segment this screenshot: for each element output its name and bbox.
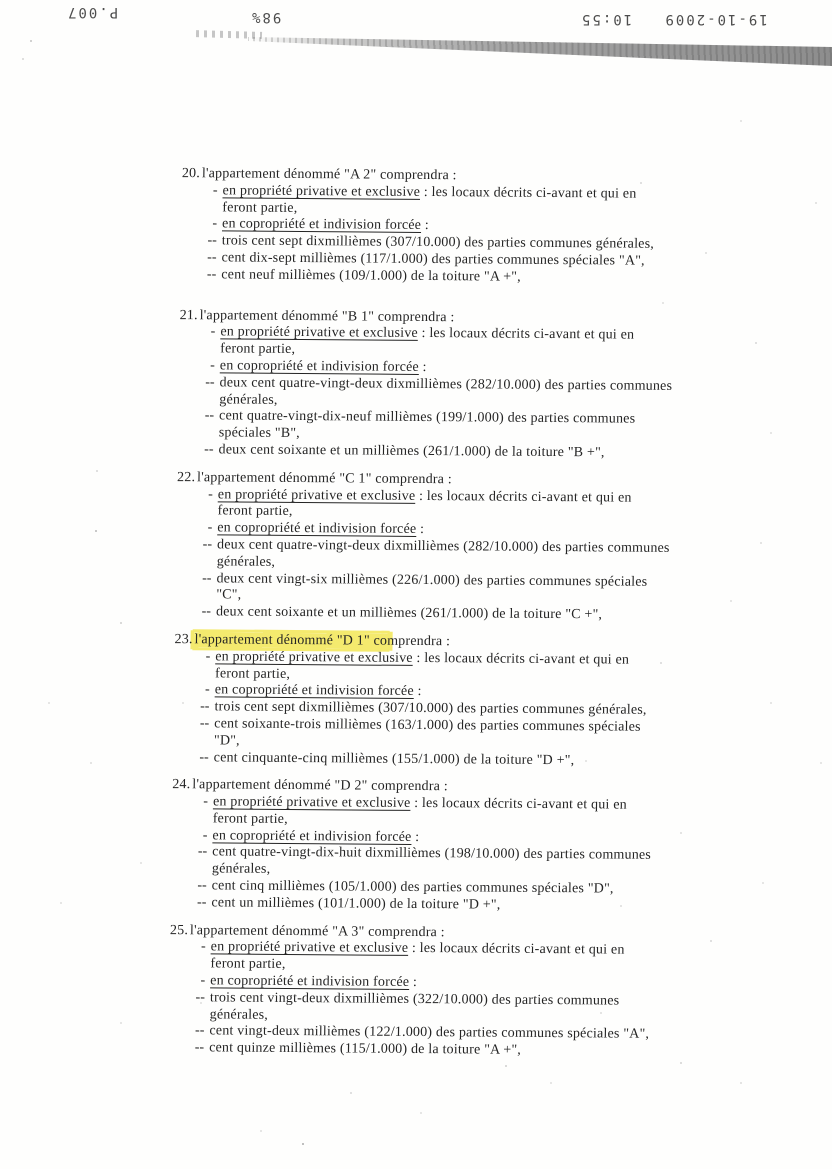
text-segment: feront partie,: [220, 342, 295, 358]
bullet-dash: -: [190, 649, 210, 666]
item-number: 23.: [174, 632, 192, 649]
text-segment: : les locaux décrits ci-avant et qui en: [415, 488, 632, 505]
line-text: cent cinquante-cinq millièmes (155/1.000…: [214, 750, 575, 770]
bullet-dash: --: [196, 267, 216, 284]
bullet-dash: -: [195, 325, 215, 342]
text-segment: trois cent sept dixmillièmes (307/10.000…: [214, 699, 646, 717]
bullet-dash: --: [187, 845, 207, 862]
text-segment: deux cent quatre-vingt-deux dixmillièmes…: [219, 375, 672, 394]
text-segment: spéciales "B",: [219, 426, 300, 442]
item-number: 21.: [180, 308, 198, 325]
list-item: 24.l'appartement dénommé "D 2" comprendr…: [162, 777, 812, 916]
text-segment: l'appartement dénommé "A 2" comprendra :: [202, 166, 457, 183]
line-text: feront partie,: [215, 666, 290, 683]
text-segment: l'appartement dénommé "B 1" comprendra :: [200, 308, 455, 325]
scan-smudge-band: [248, 28, 832, 70]
text-segment: générales,: [210, 1007, 269, 1022]
item-number: 24.: [172, 777, 190, 794]
line-text: en copropriété et indivision forcée :: [217, 521, 424, 539]
bullet-dash: -: [197, 183, 217, 200]
text-segment: en propriété privative et exclusive: [220, 325, 418, 342]
text-segment: : les locaux décrits ci-avant et qui en: [418, 326, 635, 343]
text-segment: en copropriété et indivision forcée: [220, 358, 419, 375]
bullet-dash: --: [196, 250, 216, 267]
bullet-dash: --: [186, 895, 206, 912]
text-segment: générales,: [212, 862, 271, 877]
text-segment: feront partie,: [217, 504, 292, 520]
item-number: 20.: [182, 166, 200, 183]
bullet-dash: --: [193, 442, 213, 459]
bullet-dash: -: [193, 487, 213, 504]
bullet-dash: -: [186, 940, 206, 957]
line-text: cent neuf millièmes (109/1.000) de la to…: [221, 267, 521, 286]
fax-scale-indicator: 98%: [250, 9, 281, 25]
text-segment: cent vingt-deux millièmes (122/1.000) de…: [209, 1024, 649, 1042]
text-segment: feront partie,: [215, 666, 290, 682]
line-text: "D",: [214, 733, 240, 750]
item-title-text: l'appartement dénommé "A 2" comprendra :: [202, 166, 457, 185]
line-text: générales,: [212, 862, 271, 879]
text-segment: : les locaux décrits ci-avant et qui en: [420, 185, 637, 202]
text-segment: en copropriété et indivision forcée: [217, 521, 416, 538]
text-segment: en copropriété et indivision forcée: [222, 217, 421, 234]
line-text: "C",: [216, 588, 241, 605]
item-title-text: l'appartement dénommé "D 1" comprendra :: [194, 632, 450, 651]
text-segment: cent cinq millièmes (105/1.000) des part…: [212, 878, 614, 896]
text-segment: : les locaux décrits ci-avant et qui en: [413, 651, 630, 668]
text-segment: trois cent sept dixmillièmes (307/10.000…: [222, 234, 654, 252]
fax-page-number: P.007: [66, 4, 118, 20]
bullet-dash: --: [191, 571, 211, 588]
item-title-text: l'appartement dénommé "C 1" comprendra :: [197, 470, 452, 489]
text-segment: en propriété privative et exclusive: [211, 940, 409, 957]
item-title-text: l'appartement dénommé "B 1" comprendra :: [200, 308, 455, 327]
bullet-dash: --: [191, 604, 211, 621]
item-number: 25.: [170, 923, 188, 940]
text-segment: en copropriété et indivision forcée: [215, 683, 414, 700]
bullet-dash: --: [189, 699, 209, 716]
bullet-dash: -: [185, 973, 205, 990]
text-segment: :: [419, 360, 427, 375]
text-segment: :: [421, 218, 429, 233]
text-segment: mprendra :: [387, 634, 450, 649]
text-segment: : les locaux décrits ci-avant et qui en: [410, 796, 627, 813]
text-segment: en propriété privative et exclusive: [218, 487, 416, 504]
line-text: feront partie,: [222, 200, 297, 217]
text-segment: cent quinze millièmes (115/1.000) de la …: [209, 1041, 521, 1058]
bullet-dash: --: [189, 716, 209, 733]
bullet-dash: -: [190, 683, 210, 700]
highlighted-text: l'appartement dénommé "D 1" co: [194, 632, 387, 649]
text-segment: cent soixante-trois millièmes (163/1.000…: [214, 716, 641, 734]
line-text: générales,: [210, 1007, 269, 1024]
document-items: 20.l'appartement dénommé "A 2" comprendr…: [160, 166, 822, 1073]
line-text: cent un millièmes (101/1.000) de la toit…: [211, 895, 500, 914]
text-segment: :: [414, 684, 422, 699]
line-text: feront partie,: [217, 504, 292, 521]
text-segment: :: [409, 975, 417, 990]
text-segment: l'appartement dénommé "C 1" comprendra :: [197, 470, 452, 487]
line-text: en copropriété et indivision forcée :: [220, 358, 427, 376]
bullet-dash: -: [195, 358, 215, 375]
line-text: feront partie,: [213, 811, 288, 828]
line-text: en copropriété et indivision forcée :: [210, 973, 417, 991]
item-title-text: l'appartement dénommé "A 3" comprendra :: [190, 923, 445, 942]
text-segment: en copropriété et indivision forcée: [212, 828, 411, 845]
bullet-dash: -: [187, 828, 207, 845]
item-title-text: l'appartement dénommé "D 2" comprendra :: [192, 778, 448, 797]
bullet-dash: -: [192, 520, 212, 537]
text-segment: l'appartement dénommé "D 2" comprendra :: [192, 778, 448, 795]
text-segment: cent quatre-vingt-dix-huit dixmillièmes …: [212, 845, 651, 863]
text-segment: en propriété privative et exclusive: [223, 183, 421, 200]
text-segment: trois cent vingt-deux dixmillièmes (322/…: [210, 990, 620, 1008]
text-segment: :: [411, 830, 419, 845]
text-segment: générales,: [217, 554, 276, 569]
text-segment: deux cent vingt-six millièmes (226/1.000…: [216, 571, 647, 589]
line-text: générales,: [217, 554, 276, 571]
text-segment: cent neuf millièmes (109/1.000) de la to…: [221, 267, 521, 284]
scan-noise-specks: [0, 0, 2, 2]
bullet-dash: -: [197, 217, 217, 234]
list-item: 23.l'appartement dénommé "D 1" comprendr…: [165, 632, 815, 771]
item-number: 22.: [177, 470, 195, 487]
text-segment: en propriété privative et exclusive: [215, 649, 413, 666]
line-text: spéciales "B",: [219, 426, 300, 443]
list-item: 25.l'appartement dénommé "A 3" comprendr…: [160, 923, 810, 1062]
line-text: deux cent soixante et un millièmes (261/…: [216, 605, 602, 625]
bullet-dash: --: [185, 990, 205, 1007]
line-text: cent quinze millièmes (115/1.000) de la …: [209, 1041, 521, 1060]
bullet-dash: --: [192, 537, 212, 554]
line-text: deux cent soixante et un millièmes (261/…: [218, 442, 604, 462]
line-text: générales,: [219, 392, 278, 409]
text-segment: générales,: [219, 392, 278, 407]
bullet-dash: --: [184, 1024, 204, 1041]
bullet-dash: --: [187, 878, 207, 895]
line-text: feront partie,: [210, 957, 285, 974]
text-segment: cent cinquante-cinq millièmes (155/1.000…: [214, 750, 575, 768]
text-segment: cent quatre-vingt-dix-neuf millièmes (19…: [219, 409, 635, 427]
line-text: en copropriété et indivision forcée :: [222, 217, 429, 235]
list-item: 22.l'appartement dénommé "C 1" comprendr…: [167, 470, 817, 626]
text-segment: : les locaux décrits ci-avant et qui en: [408, 941, 625, 958]
text-segment: cent dix-sept millièmes (117/1.000) des …: [221, 250, 644, 268]
text-segment: deux cent soixante et un millièmes (261/…: [218, 442, 604, 460]
text-segment: deux cent quatre-vingt-deux dixmillièmes…: [217, 537, 670, 556]
text-segment: l'appartement dénommé "A 3" comprendra :: [190, 923, 445, 940]
bullet-dash: --: [189, 750, 209, 767]
text-segment: "C",: [216, 588, 241, 603]
line-text: feront partie,: [220, 342, 295, 359]
text-segment: feront partie,: [213, 811, 288, 827]
text-segment: feront partie,: [210, 957, 285, 973]
text-segment: en propriété privative et exclusive: [213, 794, 411, 811]
bullet-dash: --: [184, 1040, 204, 1057]
text-segment: feront partie,: [222, 200, 297, 216]
text-segment: "D",: [214, 733, 240, 748]
text-segment: cent un millièmes (101/1.000) de la toit…: [211, 895, 500, 912]
bullet-dash: -: [188, 794, 208, 811]
bullet-dash: --: [194, 409, 214, 426]
bullet-dash: --: [197, 233, 217, 250]
bullet-dash: --: [194, 375, 214, 392]
text-segment: :: [416, 522, 424, 537]
fax-datetime-stamp: 19-10-2009 10:55: [580, 11, 768, 27]
list-item: 21.l'appartement dénommé "B 1" comprendr…: [169, 308, 819, 464]
list-item: 20.l'appartement dénommé "A 2" comprendr…: [172, 166, 822, 289]
line-text: en copropriété et indivision forcée :: [212, 828, 419, 846]
text-segment: deux cent soixante et un millièmes (261/…: [216, 605, 602, 623]
line-text: en copropriété et indivision forcée :: [215, 683, 422, 701]
text-segment: en copropriété et indivision forcée: [210, 973, 409, 990]
